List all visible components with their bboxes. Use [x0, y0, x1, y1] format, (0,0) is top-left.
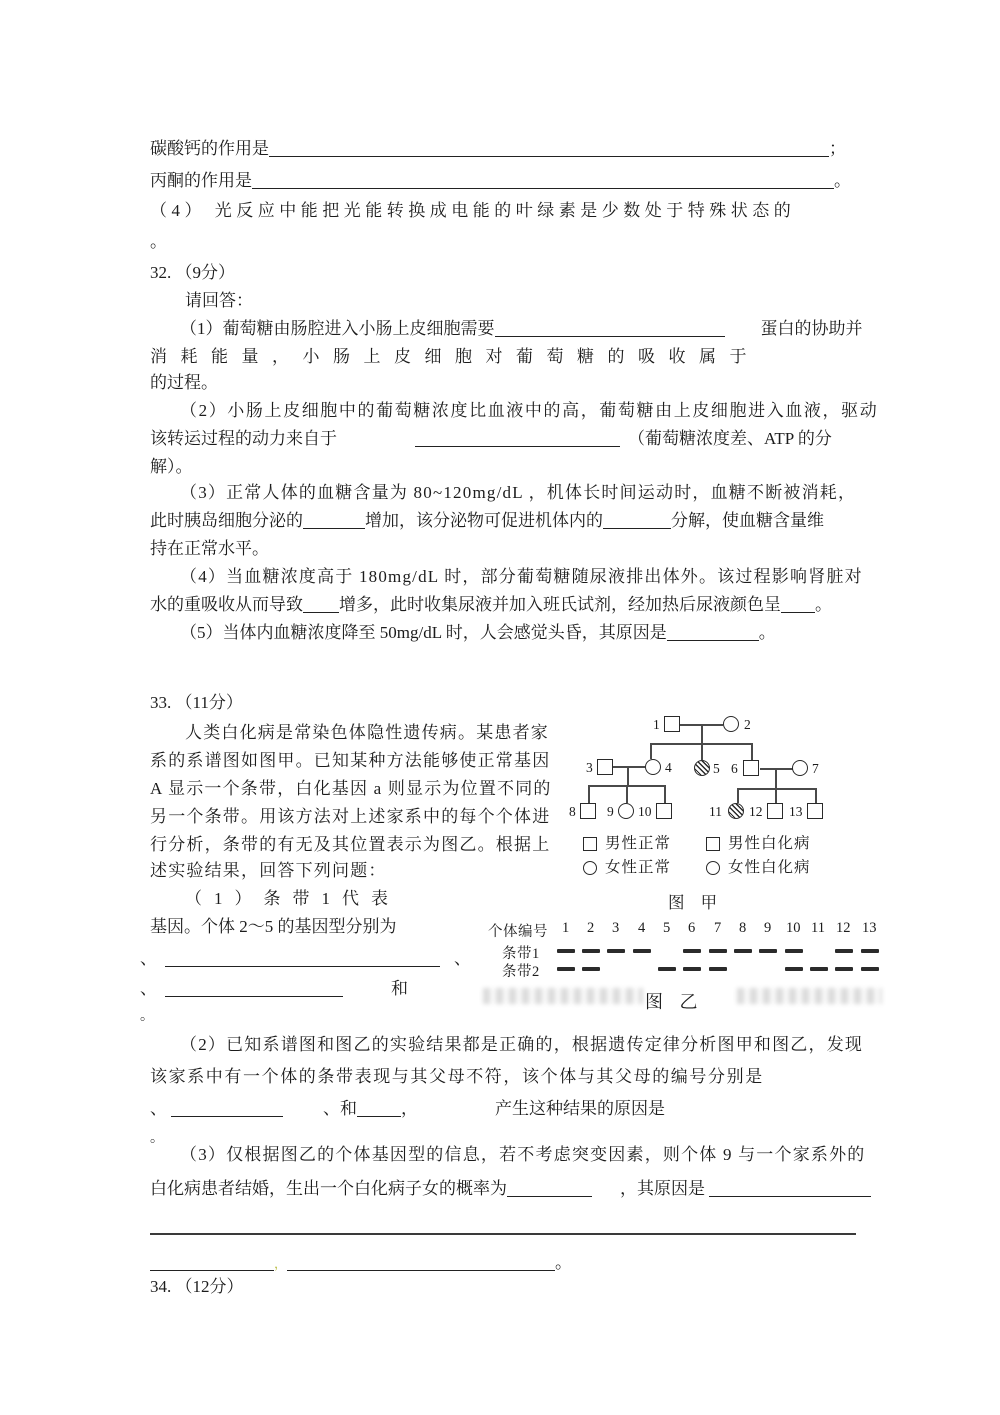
- individual-8-male-normal: [580, 803, 596, 819]
- q32-s3-b: 增加，该分泌物可促进机体内的: [365, 511, 603, 530]
- gel-individual-id: 1: [562, 920, 569, 937]
- gel-band-mark: [683, 949, 701, 953]
- q32-s2-pre: 该转运过程的动力来自于: [150, 429, 337, 448]
- gel-individual-id: 11: [811, 920, 825, 937]
- drop-line: [650, 743, 652, 759]
- drop-line: [664, 785, 666, 803]
- gel-band-mark: [557, 967, 575, 971]
- q32-s1-line3: 的过程。: [150, 372, 860, 394]
- gel-individual-id: 6: [688, 920, 695, 937]
- he-label: 和: [391, 979, 408, 998]
- gel-band-mark: [709, 967, 727, 971]
- dunhao: 、: [140, 949, 157, 968]
- gel-band-mark: [734, 949, 752, 953]
- gel-individual-id: 2: [587, 920, 594, 937]
- q32-s4-b: 增多，此时收集尿液并加入班氏试剂，经加热后尿液颜色呈: [339, 595, 781, 614]
- gel-individual-id: 7: [714, 920, 721, 937]
- dunhao: 、: [150, 1099, 167, 1118]
- q32-s1-line2: 消耗能量，小肠上皮细胞对葡萄糖的吸收属于: [150, 346, 860, 368]
- gel-band-mark: [759, 949, 777, 953]
- q33-para-line: 述实验结果，回答下列问题：: [150, 860, 562, 882]
- individual-13-male-normal: [807, 803, 823, 819]
- gel-individual-id: 12: [836, 920, 851, 937]
- gel-band-mark: [582, 949, 600, 953]
- pedigree-id: 13: [789, 805, 803, 819]
- pedigree-id: 11: [709, 805, 722, 819]
- drop-line: [737, 788, 739, 803]
- answer-blank: [252, 186, 834, 189]
- pedigree-figure: 1 2 3 4 5 6 7 8 9 10 11 12 13: [565, 703, 865, 838]
- q32-prompt: 请回答：: [150, 290, 895, 312]
- gel-individual-id: 13: [862, 920, 877, 937]
- individual-11-female-affected: [728, 803, 744, 819]
- q32-s2-line3: 解）。: [150, 456, 860, 478]
- answer-blank: [150, 1268, 274, 1271]
- answer-blank: [415, 444, 620, 447]
- drop-line: [588, 785, 590, 803]
- q32-s1-line1: （1）葡萄糖由肠腔进入小肠上皮细胞需要蛋白的协助并: [150, 318, 890, 340]
- caco3-end: ；: [829, 139, 846, 158]
- q33-para-line: 系的系谱图如图甲。已知某种方法能够使正常基因: [150, 750, 562, 772]
- legend-label: 女性白化病: [728, 859, 811, 877]
- q32-s4-a: 水的重吸收从而导致: [150, 595, 303, 614]
- individual-10-male-normal: [656, 803, 672, 819]
- drop-line: [701, 743, 703, 760]
- gel-band-mark: [633, 949, 651, 953]
- drop-line: [815, 788, 817, 803]
- pedigree-legend: 男性正常 男性白化病 女性正常 女性白化病: [578, 833, 868, 883]
- q33-s1-line1: （1）条带1代表: [150, 888, 895, 910]
- answer-blank: [303, 526, 365, 529]
- pedigree-id: 3: [586, 761, 593, 775]
- individual-1-male-normal: [664, 716, 680, 732]
- answer-blank: [303, 610, 339, 613]
- individual-6-male-normal: [743, 760, 759, 776]
- drop-line: [626, 785, 628, 803]
- q33-s3-line2: 白化病患者结婚，生出一个白化病子女的概率为，其原因是: [150, 1178, 860, 1200]
- pedigree-id: 7: [812, 762, 819, 776]
- pedigree-id: 10: [638, 805, 652, 819]
- answer-blank: [165, 994, 343, 997]
- answer-blank: [165, 964, 440, 967]
- answer-blank: [357, 1114, 401, 1117]
- drop-line: [751, 743, 753, 760]
- q32-s2-post: （葡萄糖浓度差、ATP 的分: [628, 429, 832, 448]
- scan-smudge: [483, 988, 643, 1004]
- gel-individual-id: 4: [638, 920, 645, 937]
- gel-band-mark: [683, 967, 701, 971]
- answer-blank: [781, 610, 815, 613]
- pedigree-id: 2: [744, 718, 751, 732]
- individual-2-female-normal: [723, 716, 739, 732]
- legend-label: 男性正常: [605, 835, 671, 853]
- q33-s2-b: 、和: [323, 1099, 357, 1118]
- q32-s5-a: （5）当体内血糖浓度降至 50mg/dL 时，人会感觉头昏，其原因是: [180, 623, 667, 642]
- pedigree-id: 1: [653, 718, 660, 732]
- answer-blank: [667, 638, 759, 641]
- q33-s2-c: ，: [401, 1099, 418, 1118]
- q33-para-line: 行分析，条带的有无及其位置表示为图乙。根据上: [150, 834, 562, 856]
- answer-blank: [171, 1114, 283, 1117]
- q31-sub4-period: 。: [150, 231, 860, 253]
- caco3-line: 碳酸钙的作用是；: [150, 138, 860, 160]
- gel-band-mark: [835, 967, 853, 971]
- scan-smudge: [737, 988, 882, 1004]
- gel-individual-id: 10: [786, 920, 801, 937]
- q33-s2-line2: 该家系中有一个体的条带表现与其父母不符，该个体与其父母的编号分别是: [150, 1066, 860, 1088]
- gel-band2-label: 条带2: [502, 960, 540, 981]
- legend-label: 女性正常: [605, 859, 671, 877]
- q33-para-line: 人类白化病是常染色体隐性遗传病。某患者家: [150, 722, 597, 744]
- pedigree-id: 12: [749, 805, 763, 819]
- gel-individual-id: 9: [764, 920, 771, 937]
- answer-blank: [709, 1194, 871, 1197]
- pedigree-id: 8: [569, 805, 576, 819]
- gel-band-mark: [709, 949, 727, 953]
- gel-individual-id: 3: [612, 920, 619, 937]
- gel-band-mark: [607, 949, 625, 953]
- gel-band-mark: [785, 949, 803, 953]
- couple-line-3-4: [613, 766, 645, 768]
- figure-jia-caption: 图 甲: [668, 889, 723, 913]
- descent-line: [701, 724, 703, 743]
- q32-s2-line1: （2）小肠上皮细胞中的葡萄糖浓度比血液中的高，葡萄糖由上皮细胞进入血液，驱动: [150, 400, 890, 422]
- dunhao: 、: [140, 979, 157, 998]
- male-affected-icon: [706, 837, 720, 851]
- q32-s1-post: 蛋白的协助并: [761, 319, 863, 338]
- exam-page: 碳酸钙的作用是； 丙酮的作用是。 （4） 光反应中能把光能转换成电能的叶绿素是少…: [0, 0, 1000, 1415]
- q32-s5-b: 。: [759, 623, 776, 642]
- gel-band-mark: [557, 949, 575, 953]
- legend-label: 男性白化病: [728, 835, 811, 853]
- gel-band-mark: [861, 967, 879, 971]
- q32-s3-c: 分解，使血糖含量维: [671, 511, 824, 530]
- q31-sub4-line: （4） 光反应中能把光能转换成电能的叶绿素是少数处于特殊状态的: [150, 200, 860, 222]
- acetone-line: 丙酮的作用是。: [150, 170, 860, 192]
- q33-s3-period: 。: [555, 1253, 572, 1272]
- pedigree-id: 9: [607, 805, 614, 819]
- gel-band-mark: [582, 967, 600, 971]
- q33-answer-line-partial: ，。: [150, 1252, 860, 1275]
- gel-band-mark: [861, 949, 879, 953]
- q32-header: 32. （9分）: [150, 262, 860, 284]
- q32-s4-line2: 水的重吸收从而导致增多，此时收集尿液并加入班氏试剂，经加热后尿液颜色呈。: [150, 594, 860, 616]
- gel-figure: 个体编号 12345678910111213 条带1 条带2: [488, 918, 886, 982]
- acetone-end: 。: [834, 171, 851, 190]
- gel-individual-id: 8: [739, 920, 746, 937]
- descent-line: [775, 768, 777, 788]
- individual-12-male-normal: [767, 803, 783, 819]
- q33-s1-period: 。: [140, 1006, 850, 1028]
- answer-blank: [603, 526, 671, 529]
- q33-s3-a: 白化病患者结婚，生出一个白化病子女的概率为: [150, 1179, 507, 1198]
- q33-s3-line1: （3）仅根据图乙的个体基因型的信息，若不考虑突变因素，则个体 9 与一个家系外的: [150, 1144, 890, 1166]
- q33-answer-line-full: [150, 1216, 860, 1238]
- answer-blank: [150, 1231, 856, 1235]
- individual-3-male-normal: [597, 759, 613, 775]
- pedigree-id: 4: [665, 761, 672, 775]
- q32-s5-line: （5）当体内血糖浓度降至 50mg/dL 时，人会感觉头昏，其原因是。: [150, 622, 890, 644]
- gel-band-mark: [810, 967, 828, 971]
- acetone-label: 丙酮的作用是: [150, 171, 252, 190]
- female-normal-icon: [583, 861, 597, 875]
- q32-s3-line3: 持在正常水平。: [150, 538, 860, 560]
- q33-s2-d: 产生这种结果的原因是: [495, 1099, 665, 1118]
- gel-band-mark: [835, 949, 853, 953]
- individual-9-female-normal: [618, 803, 634, 819]
- q32-s3-line2: 此时胰岛细胞分泌的增加，该分泌物可促进机体内的分解，使血糖含量维: [150, 510, 860, 532]
- q33-s2-line1: （2）已知系谱图和图乙的实验结果都是正确的，根据遗传定律分析图甲和图乙，发现: [150, 1034, 890, 1056]
- individual-4-female-normal: [645, 759, 661, 775]
- q32-s2-line2: 该转运过程的动力来自于（葡萄糖浓度差、ATP 的分: [150, 428, 860, 450]
- gel-band-mark: [658, 967, 676, 971]
- pedigree-id: 6: [731, 762, 738, 776]
- descent-line: [627, 766, 629, 785]
- q32-s3-line1: （3）正常人体的血糖含量为 80~120mg/dL ，机体长时间运动时，血糖不断…: [150, 482, 890, 504]
- q32-s4-c: 。: [815, 595, 832, 614]
- answer-blank: [269, 154, 829, 157]
- q32-s1-pre: （1）葡萄糖由肠腔进入小肠上皮细胞需要: [180, 319, 495, 338]
- pedigree-id: 5: [713, 762, 720, 776]
- gel-individual-id: 5: [663, 920, 670, 937]
- q32-s4-line1: （4）当血糖浓度高于 180mg/dL 时，部分葡萄糖随尿液排出体外。该过程影响…: [150, 566, 890, 588]
- male-normal-icon: [583, 837, 597, 851]
- q33-s3-b: ，其原因是: [620, 1179, 705, 1198]
- q32-s3-a: 此时胰岛细胞分泌的: [150, 511, 303, 530]
- individual-5-female-affected: [694, 760, 710, 776]
- q34-header: 34. （12分）: [150, 1276, 860, 1298]
- answer-blank: [495, 334, 725, 337]
- q33-s2-line3: 、、和，产生这种结果的原因是: [150, 1098, 860, 1120]
- individual-7-female-normal: [792, 760, 808, 776]
- q33-para-line: 另一个条带。用该方法对上述家系中的每个个体进: [150, 806, 562, 828]
- gel-band-mark: [785, 967, 803, 971]
- answer-blank: [287, 1268, 555, 1271]
- q33-para-line: A 显示一个条带，白化基因 a 则显示为位置不同的: [150, 778, 562, 800]
- gel-row-label: 个体编号: [488, 920, 548, 941]
- caco3-label: 碳酸钙的作用是: [150, 139, 269, 158]
- stray-comma-mark: ，: [274, 1256, 287, 1271]
- female-affected-icon: [706, 861, 720, 875]
- answer-blank: [507, 1194, 592, 1197]
- figure-yi-caption: 图 乙: [645, 988, 704, 1014]
- dunhao: 、: [454, 949, 471, 968]
- drop-line: [775, 788, 777, 803]
